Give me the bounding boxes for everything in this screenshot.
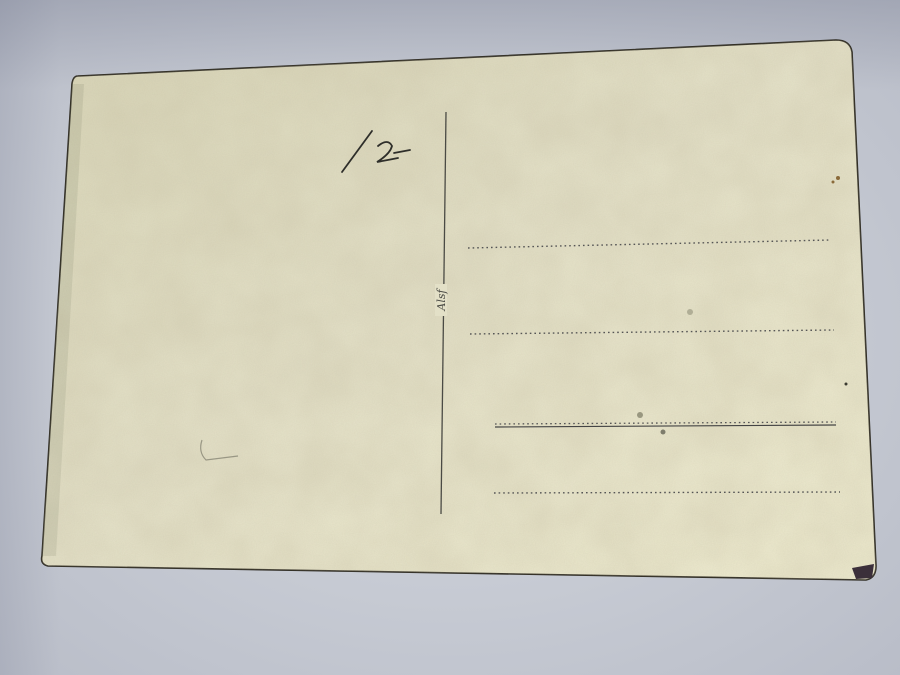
svg-text:Alsf: Alsf xyxy=(435,287,448,311)
postcard-drawing: Alsf xyxy=(0,0,900,675)
postcard-back: Alsf xyxy=(0,0,900,675)
divider-ornament: Alsf xyxy=(435,284,448,316)
